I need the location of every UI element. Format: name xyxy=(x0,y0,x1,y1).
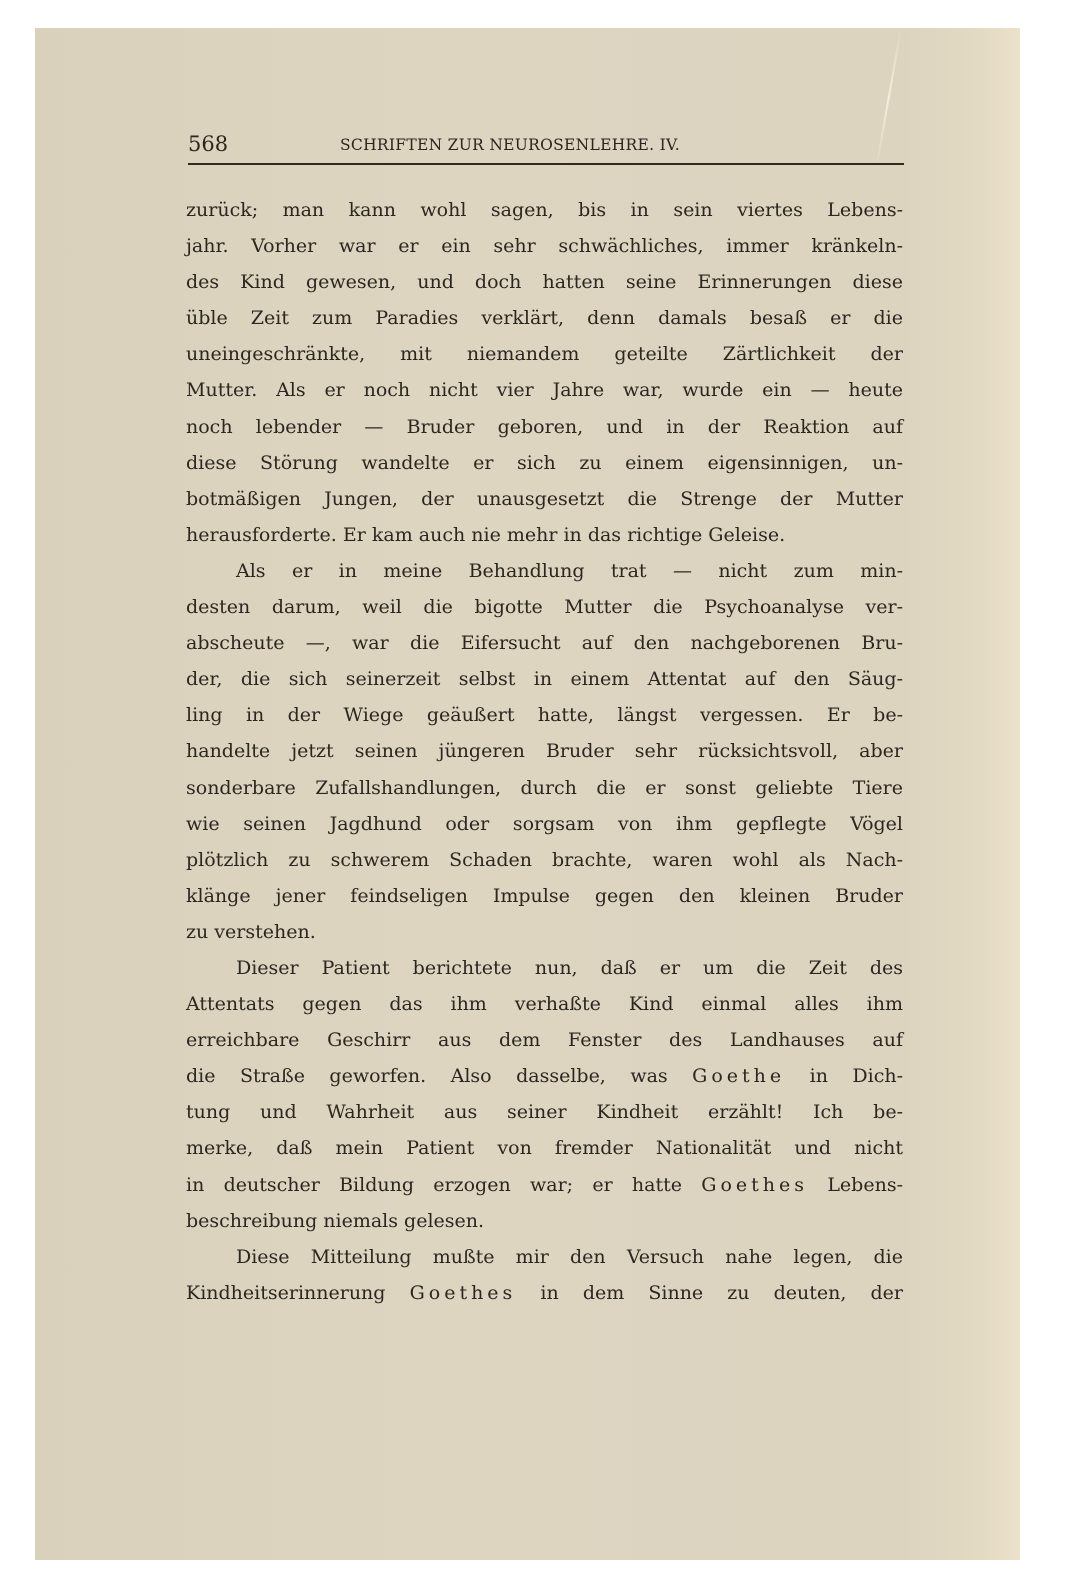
spaced-name: Goethes xyxy=(410,1282,517,1304)
text-line: Mutter. Als er noch nicht vier Jahre war… xyxy=(186,372,903,408)
text-line: üble Zeit zum Paradies verklärt, denn da… xyxy=(186,300,903,336)
text-line: wie seinen Jagdhund oder sorgsam von ihm… xyxy=(186,806,903,842)
text-line: abscheute —, war die Eifersucht auf den … xyxy=(186,625,903,661)
paragraph-start: Dieser Patient berichtete nun, daß er um… xyxy=(186,950,903,986)
spaced-name: Goethe xyxy=(692,1065,785,1087)
text-line: ling in der Wiege geäußert hatte, längst… xyxy=(186,697,903,733)
header-rule xyxy=(188,163,904,165)
text-line: Kindheitserinnerung Goethes in dem Sinne… xyxy=(186,1275,903,1311)
running-head: SCHRIFTEN ZUR NEUROSENLEHRE. IV. xyxy=(340,136,680,154)
text-line: des Kind gewesen, und doch hatten seine … xyxy=(186,264,903,300)
text-line: zurück; man kann wohl sagen, bis in sein… xyxy=(186,192,903,228)
text-line: der, die sich seinerzeit selbst in einem… xyxy=(186,661,903,697)
page-header: 568 SCHRIFTEN ZUR NEUROSENLEHRE. IV. xyxy=(188,128,906,168)
text-line: plötzlich zu schwerem Schaden brachte, w… xyxy=(186,842,903,878)
text-line: diese Störung wandelte er sich zu einem … xyxy=(186,445,903,481)
body-text: zurück; man kann wohl sagen, bis in sein… xyxy=(186,192,903,1311)
text-line: handelte jetzt seinen jüngeren Bruder se… xyxy=(186,733,903,769)
text-line: erreichbare Geschirr aus dem Fenster des… xyxy=(186,1022,903,1058)
page-number: 568 xyxy=(188,132,228,156)
text-line: uneingeschränkte, mit niemandem geteilte… xyxy=(186,336,903,372)
paragraph-start: Als er in meine Behandlung trat — nicht … xyxy=(186,553,903,589)
text-line: herausforderte. Er kam auch nie mehr in … xyxy=(186,517,903,553)
text-line: jahr. Vorher war er ein sehr schwächlich… xyxy=(186,228,903,264)
text-line: zu verstehen. xyxy=(186,914,903,950)
text-line: sonderbare Zufallshandlungen, durch die … xyxy=(186,770,903,806)
text-line: botmäßigen Jungen, der unausgesetzt die … xyxy=(186,481,903,517)
text-line: in deutscher Bildung erzogen war; er hat… xyxy=(186,1167,903,1203)
text-line: beschreibung niemals gelesen. xyxy=(186,1203,903,1239)
text-line: desten darum, weil die bigotte Mutter di… xyxy=(186,589,903,625)
paragraph-start: Diese Mitteilung mußte mir den Versuch n… xyxy=(186,1239,903,1275)
text-line: merke, daß mein Patient von fremder Nati… xyxy=(186,1130,903,1166)
text-line: noch lebender — Bruder geboren, und in d… xyxy=(186,409,903,445)
text-line: die Straße geworfen. Also dasselbe, was … xyxy=(186,1058,903,1094)
text-line: klänge jener feindseligen Impulse gegen … xyxy=(186,878,903,914)
text-line: tung und Wahrheit aus seiner Kindheit er… xyxy=(186,1094,903,1130)
text-line: Attentats gegen das ihm verhaßte Kind ei… xyxy=(186,986,903,1022)
spaced-name: Goethes xyxy=(701,1174,808,1196)
